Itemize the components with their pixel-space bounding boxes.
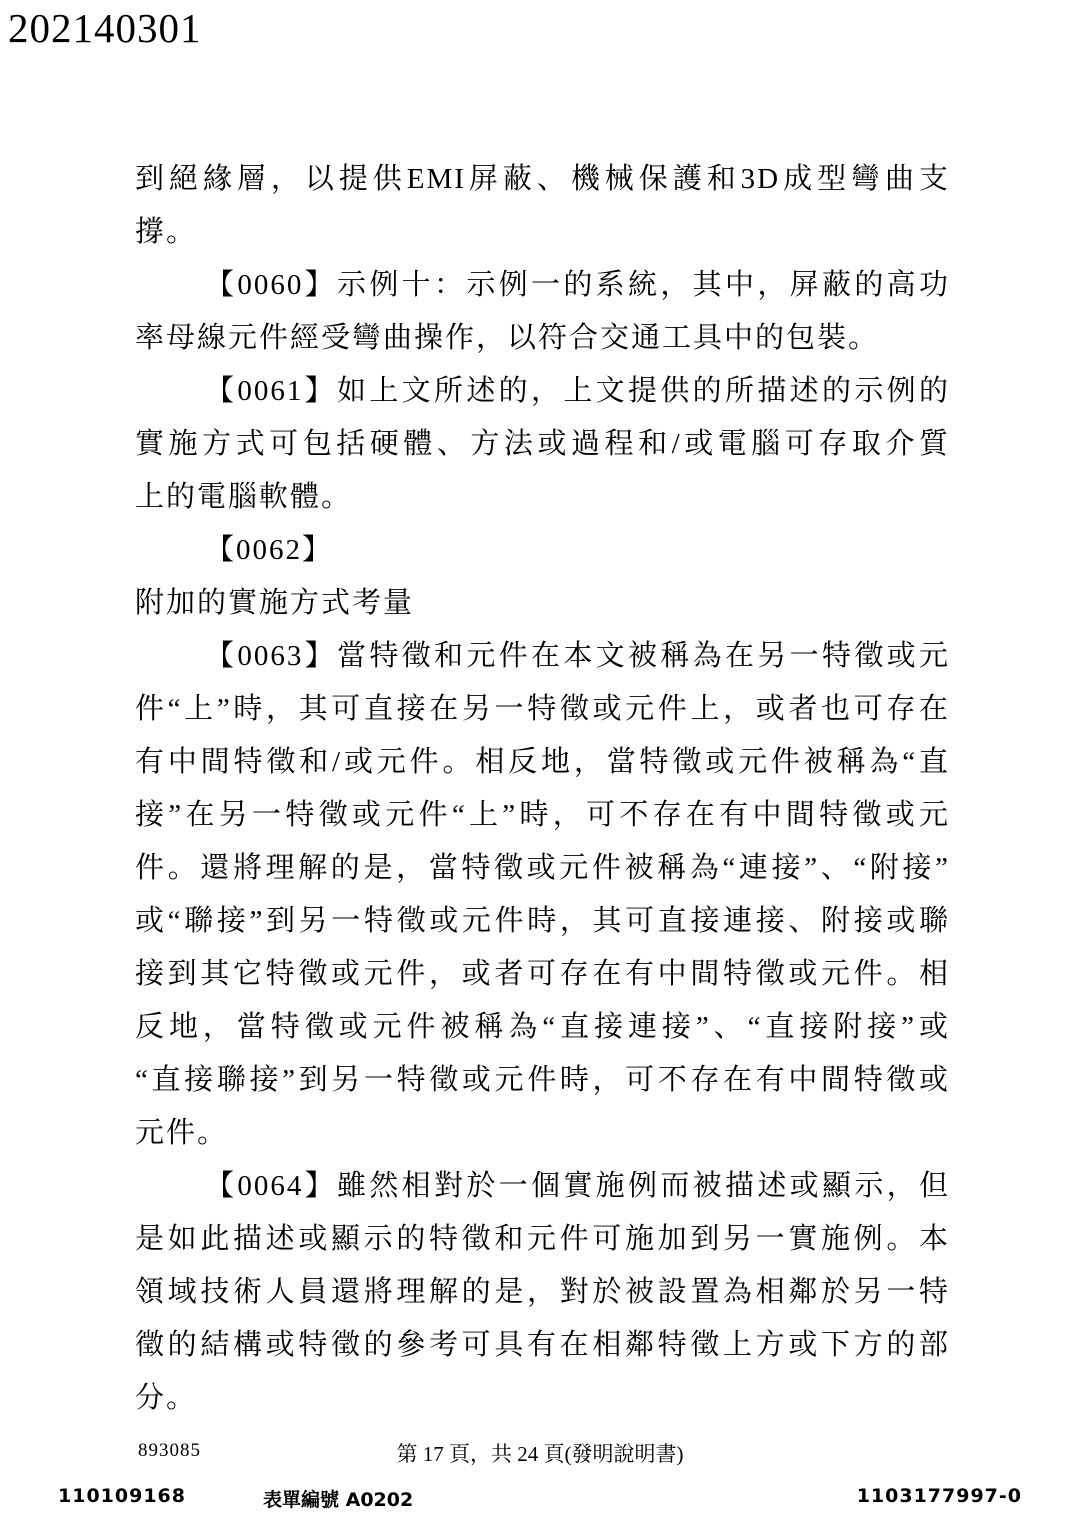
- footer-form-number: 表單編號 A0202: [263, 1485, 413, 1512]
- body-line: 或“聯接”到另一特徵或元件時，其可直接連接、附接或聯: [135, 895, 950, 948]
- body-line: 撐。: [135, 206, 950, 259]
- body-line: 附加的實施方式考量: [135, 577, 950, 630]
- body-line: 上的電腦軟體。: [135, 471, 950, 524]
- footer-form-row: 110109168 表單編號 A0202 1103177997-0: [0, 1485, 1080, 1513]
- document-body-text: 到絕緣層，以提供EMI屏蔽、機械保護和3D成型彎曲支撐。【0060】示例十：示例…: [135, 153, 950, 1425]
- patent-document-page: 202140301 到絕緣層，以提供EMI屏蔽、機械保護和3D成型彎曲支撐。【0…: [0, 0, 1080, 1526]
- footer-serial-number: 893085: [138, 1440, 201, 1462]
- body-line: 有中間特徵和/或元件。相反地，當特徵或元件被稱為“直: [135, 736, 950, 789]
- body-line: 【0063】當特徵和元件在本文被稱為在另一特徵或元: [135, 630, 950, 683]
- footer-document-number: 1103177997-0: [857, 1485, 1022, 1507]
- body-line: 元件。: [135, 1107, 950, 1160]
- body-line: 件。還將理解的是，當特徵或元件被稱為“連接”、“附接”: [135, 842, 950, 895]
- footer-page-row: 第 17 頁，共 24 頁(發明說明書) 893085: [0, 1438, 1080, 1468]
- body-line: 接”在另一特徵或元件“上”時，可不存在有中間特徵或元: [135, 789, 950, 842]
- footer-application-number: 110109168: [58, 1485, 186, 1507]
- body-line: 件“上”時，其可直接在另一特徵或元件上，或者也可存在: [135, 683, 950, 736]
- body-line: 反地，當特徵或元件被稱為“直接連接”、“直接附接”或: [135, 1001, 950, 1054]
- body-line: 領域技術人員還將理解的是，對於被設置為相鄰於另一特: [135, 1266, 950, 1319]
- body-line: 徵的結構或特徵的參考可具有在相鄰特徵上方或下方的部: [135, 1319, 950, 1372]
- body-line: 是如此描述或顯示的特徵和元件可施加到另一實施例。本: [135, 1213, 950, 1266]
- body-line: 【0064】雖然相對於一個實施例而被描述或顯示，但: [135, 1160, 950, 1213]
- body-line: 分。: [135, 1372, 950, 1425]
- body-line: “直接聯接”到另一特徵或元件時，可不存在有中間特徵或: [135, 1054, 950, 1107]
- body-line: 實施方式可包括硬體、方法或過程和/或電腦可存取介質: [135, 418, 950, 471]
- body-line: 【0061】如上文所述的，上文提供的所描述的示例的: [135, 365, 950, 418]
- body-line: 接到其它特徵或元件，或者可存在有中間特徵或元件。相: [135, 948, 950, 1001]
- body-line: 到絕緣層，以提供EMI屏蔽、機械保護和3D成型彎曲支: [135, 153, 950, 206]
- body-line: 【0062】: [135, 524, 950, 577]
- publication-number: 202140301: [8, 4, 202, 52]
- body-line: 【0060】示例十：示例一的系統，其中，屏蔽的高功: [135, 259, 950, 312]
- body-line: 率母線元件經受彎曲操作，以符合交通工具中的包裝。: [135, 312, 950, 365]
